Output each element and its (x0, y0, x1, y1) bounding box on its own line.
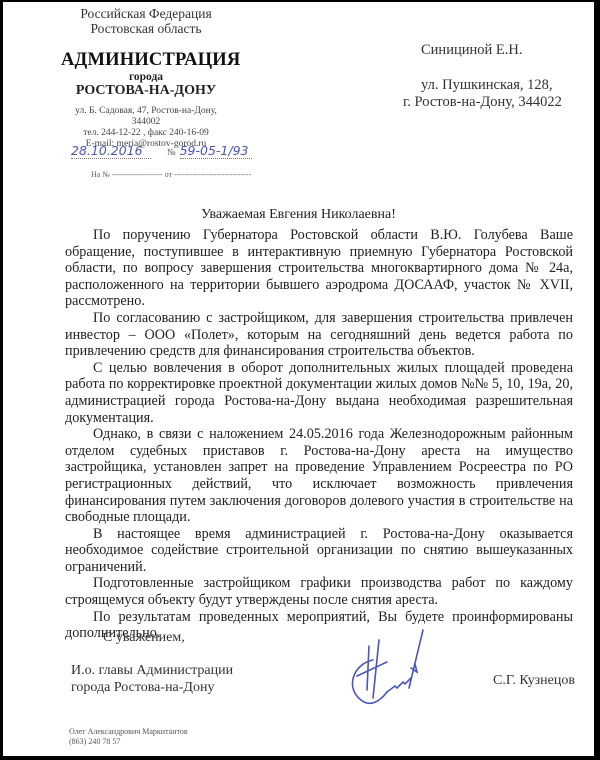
letterhead-country: Российская Федерация (61, 6, 231, 21)
signer-position-line1: И.о. главы Администрации (71, 663, 233, 679)
reply-reference: На № ------------------- от ------------… (91, 170, 251, 179)
outgoing-date-row: 28.10.2016 № 59-05-1/93 (71, 142, 252, 160)
recipient-block: Синициной Е.Н. ул. Пушкинская, 128, г. Р… (403, 42, 594, 111)
number-label: № (167, 147, 176, 157)
paragraph: С целью вовлечения в оборот дополнительн… (65, 360, 573, 426)
signer-position-line2: города Ростова-на-Дону (71, 680, 214, 696)
handwritten-number: 59-05-1/93 (180, 143, 252, 159)
recipient-name: Синициной Е.Н. (403, 42, 594, 59)
salutation: Уважаемая Евгения Николаевна! (3, 207, 594, 223)
letter-body: По поручению Губернатора Ростовской обла… (65, 227, 573, 642)
recipient-street: ул. Пушкинская, 128, (403, 77, 594, 94)
letterhead-address: ул. Б. Садовая, 47, Ростов-на-Дону, 3440… (61, 106, 231, 128)
paragraph: По поручению Губернатора Ростовской обла… (65, 227, 573, 310)
letterhead-admin-title: АДМИНИСТРАЦИЯ (61, 50, 231, 71)
letter-page: Российская Федерация Ростовская область … (3, 2, 594, 756)
letterhead-admin-of: города (61, 71, 231, 83)
signer-name: С.Г. Кузнецов (493, 673, 575, 689)
handwritten-date: 28.10.2016 (71, 143, 151, 159)
letterhead-city: РОСТОВА-НА-ДОНУ (61, 83, 231, 99)
paragraph: Подготовленные застройщиком графики прои… (65, 575, 573, 608)
executor-phone: (863) 240 78 57 (69, 737, 120, 747)
paragraph: По согласованию с застройщиком, для заве… (65, 310, 573, 360)
letterhead-phone: тел. 244-12-22 , факс 240-16-09 (61, 128, 231, 139)
executor-name: Олег Александрович Маркитантов (69, 727, 188, 737)
signature-icon (343, 628, 443, 718)
letterhead-region: Ростовская область (61, 21, 231, 36)
closing-regards: С уважением, (103, 630, 185, 646)
paragraph: В настоящее время администрацией г. Рост… (65, 526, 573, 576)
letterhead: Российская Федерация Ростовская область … (61, 2, 231, 150)
recipient-city: г. Ростов-на-Дону, 344022 (403, 94, 594, 111)
paragraph: Однако, в связи с наложением 24.05.2016 … (65, 426, 573, 526)
